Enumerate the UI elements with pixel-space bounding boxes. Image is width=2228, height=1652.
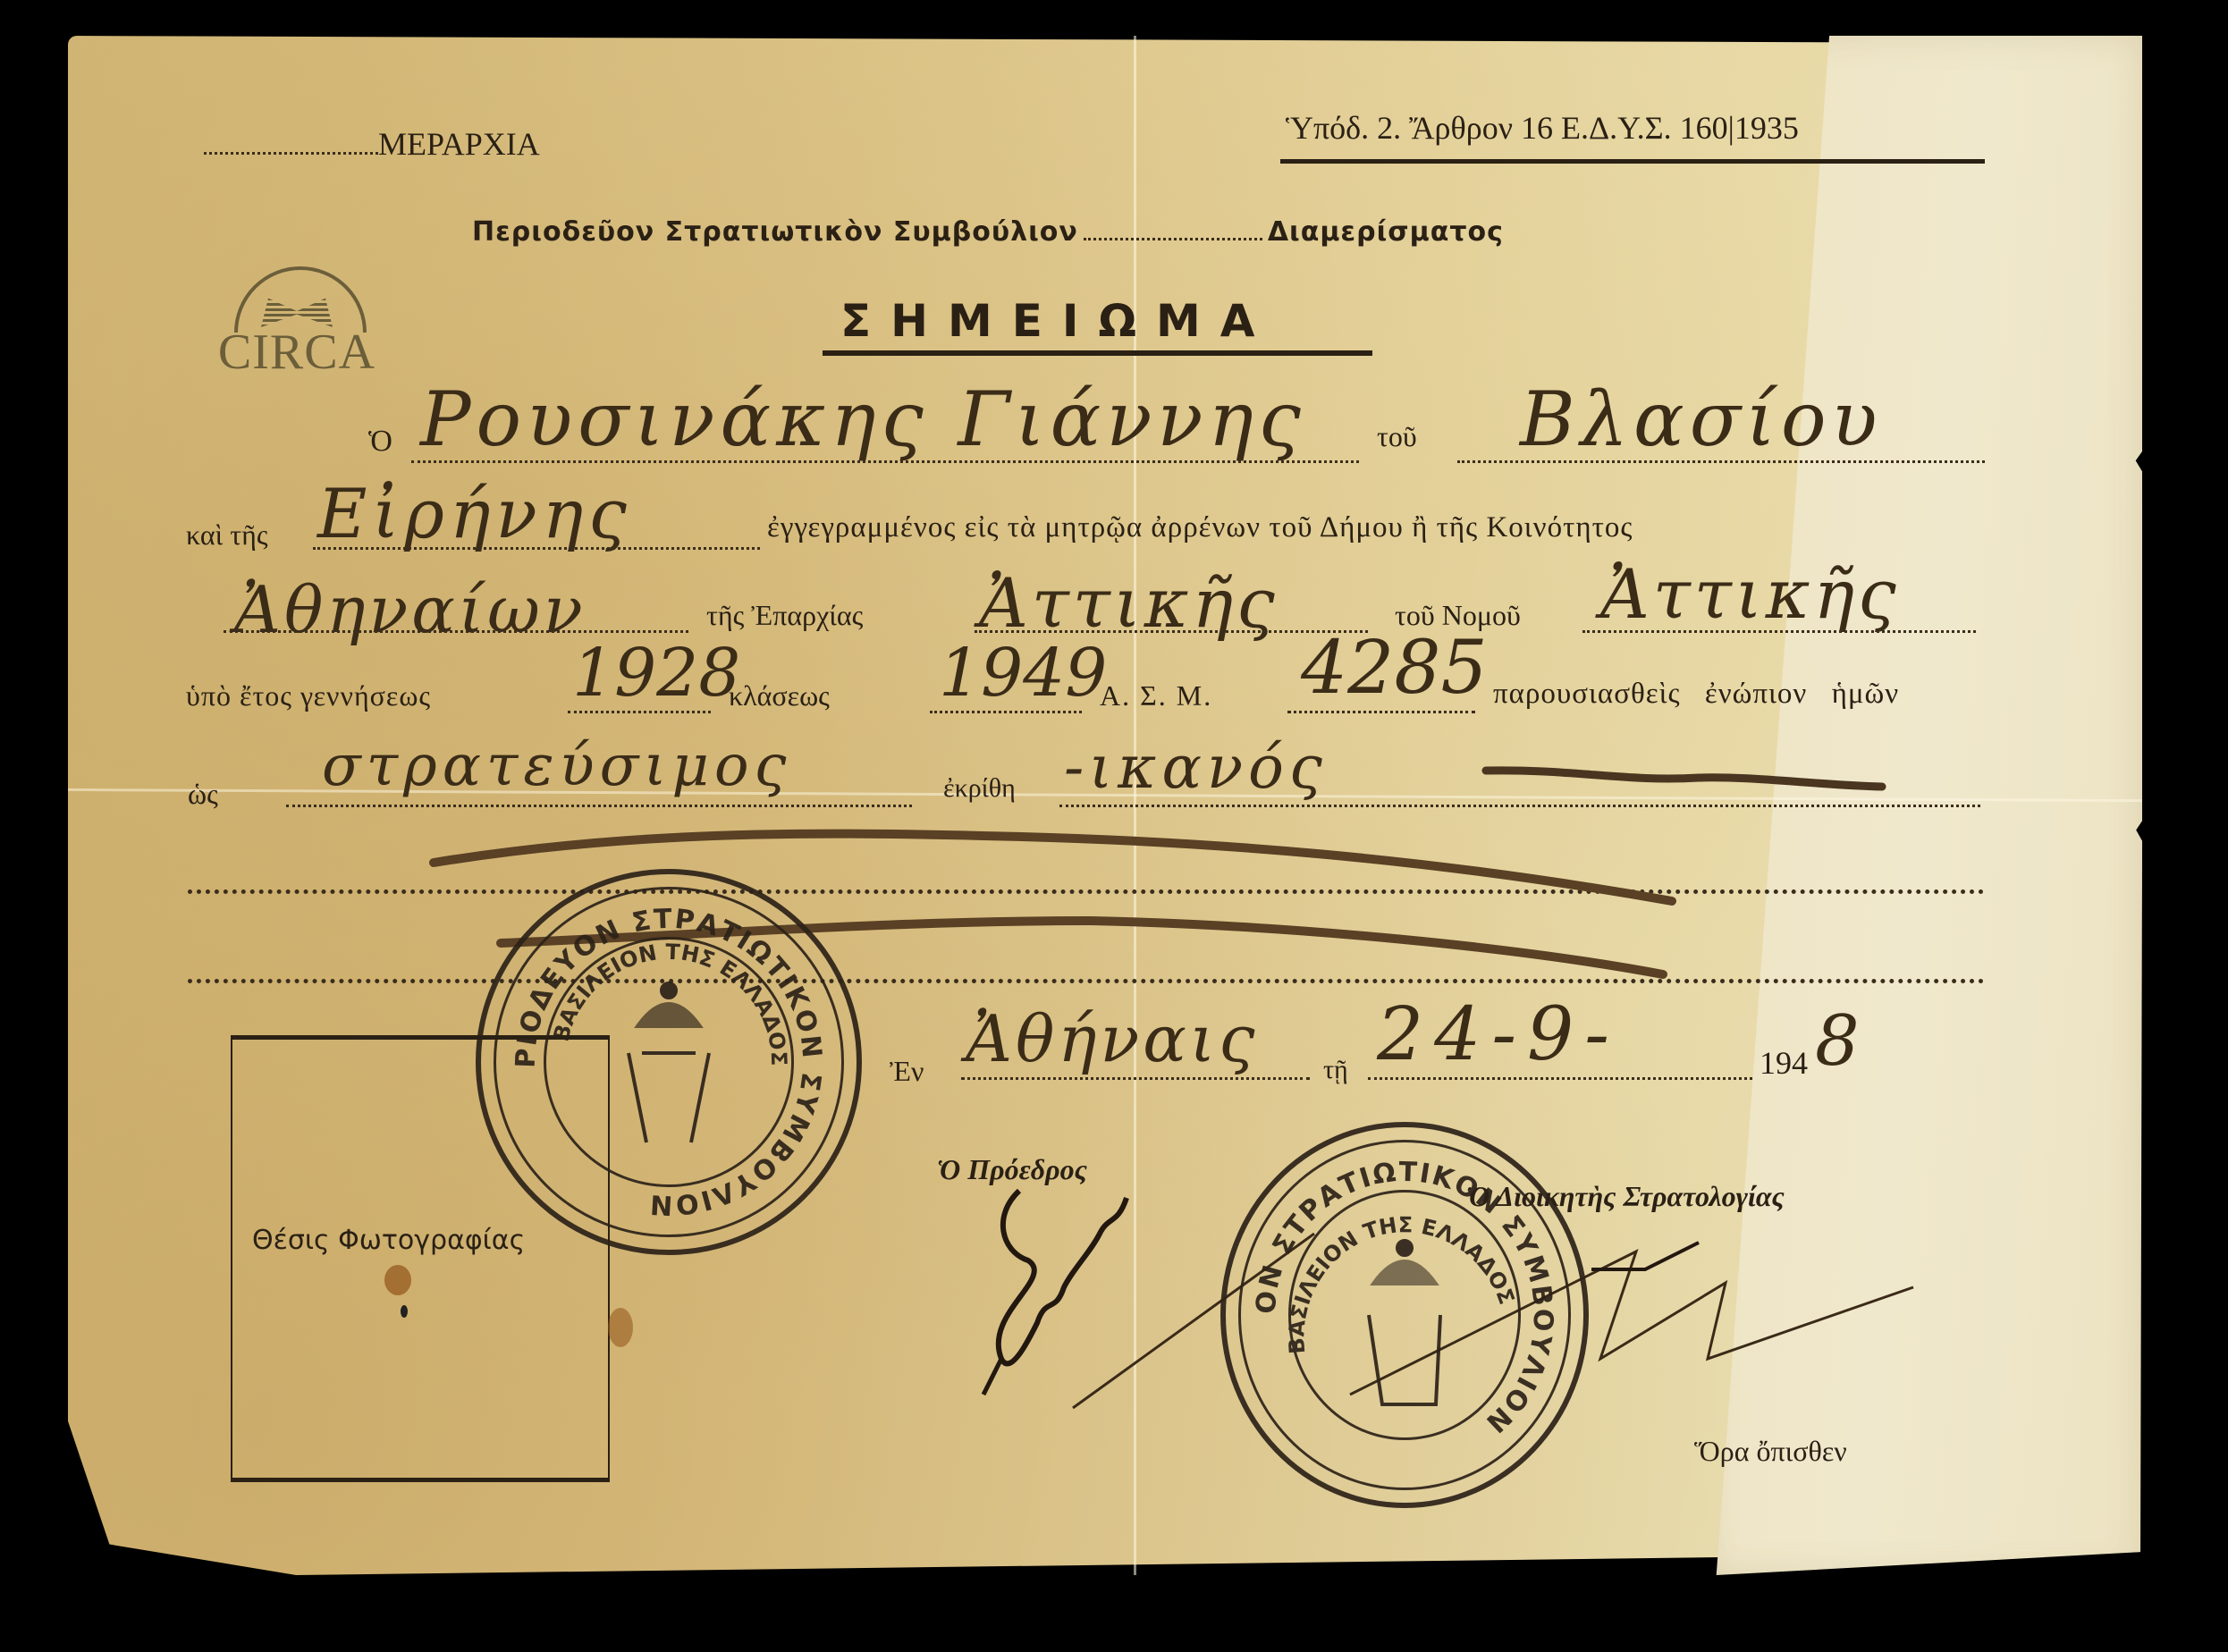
president-label: Ὁ Πρόεδρος xyxy=(937,1153,1087,1186)
prefecture-blank xyxy=(1582,630,1976,633)
council-blank xyxy=(1084,238,1262,240)
mother-handwritten: Εἰρήνης xyxy=(317,474,632,553)
appeared-text: παρουσιασθεὶς ἐνώπιον ἡμῶν xyxy=(1493,678,1899,711)
place-handwritten: Ἀθήναις xyxy=(966,1001,1258,1076)
official-stamp-2: ΠΕΡΙΟΔΕΥΟΝ ΣΤΡΑΤΙΩΤΙΚΟΝ ΣΥΜΒΟΥΛΙΟΝ ΒΑΣΙΛ… xyxy=(1220,1122,1589,1508)
logo-wordmark: CIRCA xyxy=(198,324,395,381)
in-label: Ἐν xyxy=(890,1055,924,1088)
mother-blank xyxy=(313,547,760,550)
council-line: Περιοδεῦον Στρατιωτικὸν ΣυμβούλιονΔιαμερ… xyxy=(472,216,1504,248)
as-label: ὡς xyxy=(188,778,218,811)
ink-stain xyxy=(384,1265,411,1295)
birth-year-label: ὑπὸ ἔτος γεννήσεως xyxy=(186,679,431,712)
photo-placeholder-box xyxy=(231,1035,610,1482)
verdict-handwritten: -ικανός xyxy=(1064,733,1328,802)
blank-line-1 xyxy=(188,889,1985,894)
mother-label: καὶ τῆς xyxy=(186,518,267,552)
legal-reference: Ὑπόδ. 2. Ἄρθρον 16 Ε.Δ.Υ.Σ. 160|1935 xyxy=(1286,109,1799,147)
line1-prefix: Ὁ xyxy=(368,425,392,459)
name-blank xyxy=(411,460,1359,463)
verdict-blank xyxy=(1059,805,1980,807)
class-year: 1949 xyxy=(939,635,1107,712)
asm-number: 4285 xyxy=(1301,626,1488,711)
class-label: κλάσεως xyxy=(729,679,830,712)
year-handwritten: 8 xyxy=(1815,1001,1860,1082)
prefecture-handwritten: Ἀττικῆς xyxy=(1600,554,1900,634)
ink-spot xyxy=(401,1305,408,1318)
as-blank xyxy=(286,805,912,807)
legal-reference-underline xyxy=(1280,159,1985,164)
father-handwritten: Βλασίου xyxy=(1520,375,1883,463)
birth-year: 1928 xyxy=(572,635,740,712)
registered-text: ἐγγεγραμμένος εἰς τὰ μητρῷα ἀρρένων τοῦ … xyxy=(767,511,1633,544)
birth-year-blank xyxy=(568,711,711,713)
as-handwritten: στρατεύσιμος xyxy=(322,733,791,799)
asm-blank xyxy=(1287,711,1475,713)
division-field: ΜΕΡΑΡΧΙΑ xyxy=(204,125,540,163)
asm-label: Α. Σ. Μ. xyxy=(1100,679,1212,712)
year-printed: 194 xyxy=(1760,1044,1808,1082)
division-blank xyxy=(204,152,378,155)
ink-stain xyxy=(608,1308,633,1347)
father-blank xyxy=(1457,460,1985,463)
municipality-handwritten: Ἀθηναίων xyxy=(234,572,587,647)
date-blank xyxy=(1368,1077,1752,1080)
date-handwritten: 24-9- xyxy=(1377,992,1620,1077)
photo-box-label: Θέσις Φωτογραφίας xyxy=(252,1225,525,1256)
district-label: Διαμερίσματος xyxy=(1268,216,1504,248)
crown-coat-of-arms-icon xyxy=(1369,1241,1440,1404)
province-label: τῆς Ἐπαρχίας xyxy=(706,599,863,632)
council-label: Περιοδεῦον Στρατιωτικὸν Συμβούλιον xyxy=(472,216,1078,248)
title-underline xyxy=(823,350,1372,356)
crown-coat-of-arms-icon xyxy=(629,983,709,1142)
blank-line-2 xyxy=(188,979,1985,983)
division-label: ΜΕΡΑΡΧΙΑ xyxy=(378,126,540,162)
circa-logo: CIRCA xyxy=(198,259,395,411)
stamp-text: ΠΕΡΙΟΔΕΥΟΝ ΣΤΡΑΤΙΩΤΙΚΟΝ ΣΥΜΒΟΥΛΙΟΝ ΒΑΣΙΛ… xyxy=(1226,1127,1583,1503)
name-handwritten: Ρουσινάκης Γιάννης xyxy=(420,375,1306,463)
municipality-blank xyxy=(224,630,688,633)
day-label: τῇ xyxy=(1323,1055,1348,1085)
father-label: τοῦ xyxy=(1377,420,1417,453)
judged-label: ἐκρίθη xyxy=(943,773,1016,804)
page-title: ΣΗΜΕΙΩΜΑ xyxy=(840,295,1274,347)
see-reverse-note: Ὅρα ὄπισθεν xyxy=(1694,1435,1847,1468)
class-year-blank xyxy=(930,711,1082,713)
place-blank xyxy=(961,1077,1310,1080)
